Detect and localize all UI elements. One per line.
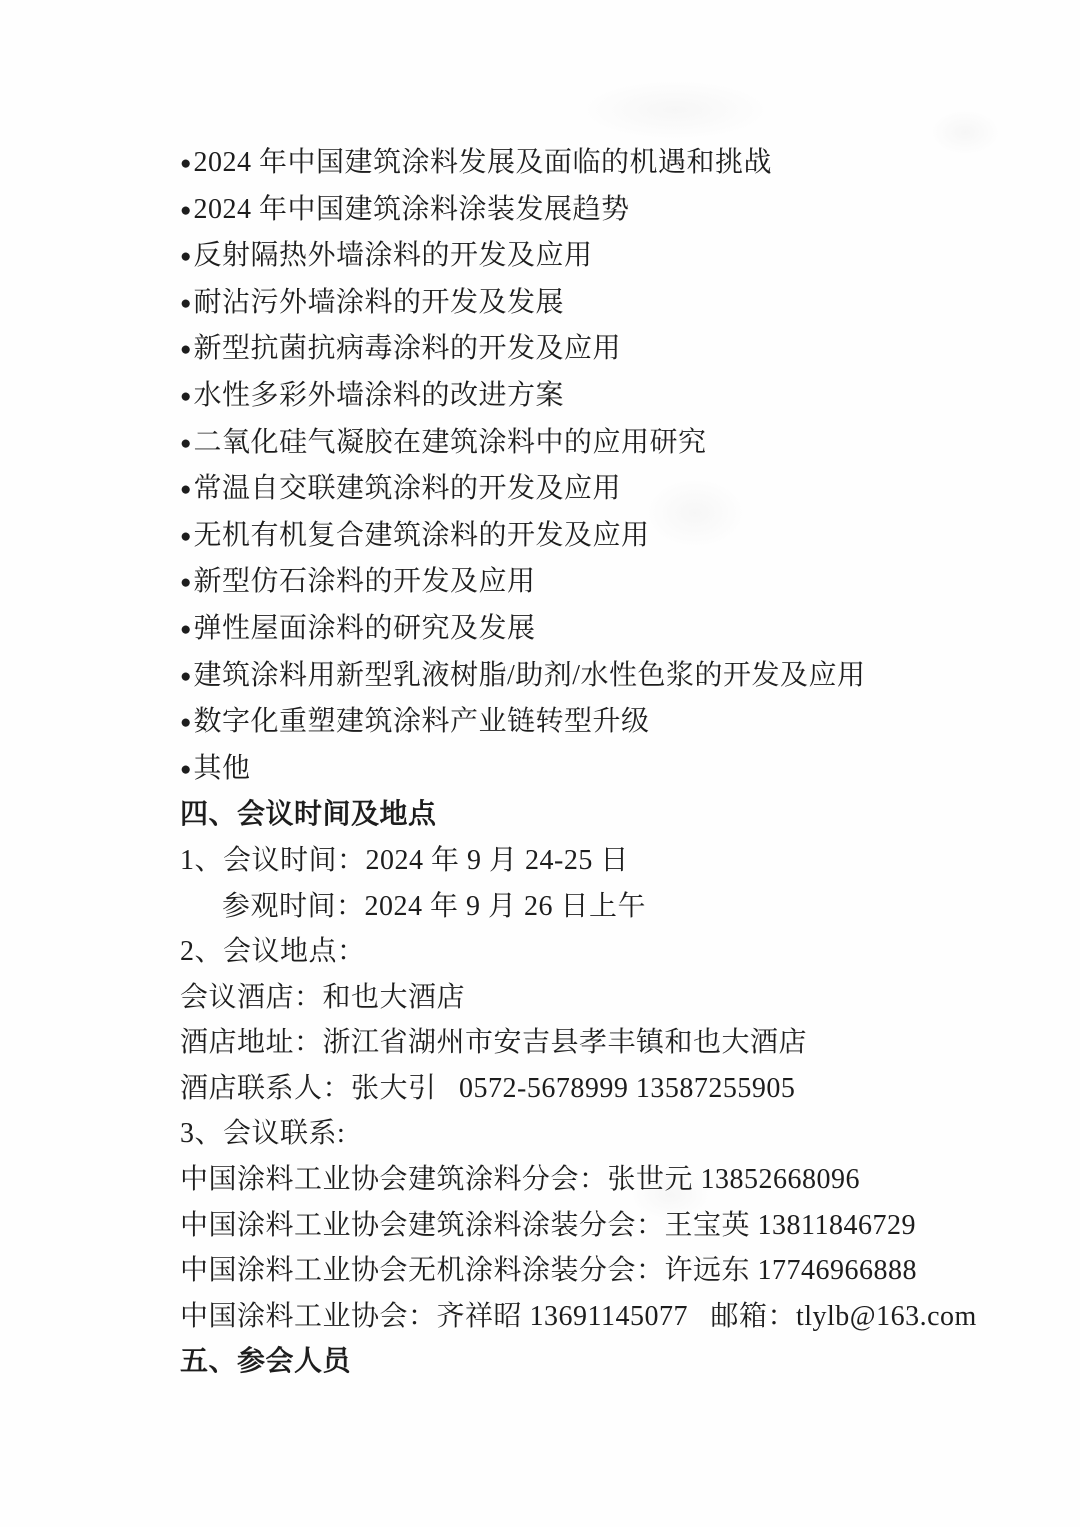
topic-text: 耐沾污外墙涂料的开发及发展 (193, 287, 564, 318)
document-page: ●2024 年中国建筑涂料发展及面临的机遇和挑战 ●2024 年中国建筑涂料涂装… (0, 0, 1080, 1527)
section-heading-attendees: 五、参会人员 (180, 1339, 1030, 1385)
bullet-icon: ● (180, 607, 191, 653)
topic-item: ●耐沾污外墙涂料的开发及发展 (180, 280, 1030, 327)
bullet-icon: ● (180, 327, 191, 373)
hotel-contact-line: 酒店联系人：张大引 0572-5678999 13587255905 (180, 1066, 1030, 1112)
topic-item: ●无机有机复合建筑涂料的开发及应用 (180, 513, 1030, 560)
bullet-icon: ● (180, 141, 191, 187)
topic-text: 其他 (193, 753, 250, 784)
topic-text: 新型仿石涂料的开发及应用 (193, 566, 535, 597)
bullet-icon: ● (180, 747, 191, 793)
bullet-icon: ● (180, 421, 191, 467)
topic-item: ●2024 年中国建筑涂料涂装发展趋势 (180, 187, 1030, 234)
topic-item: ●新型仿石涂料的开发及应用 (180, 559, 1030, 606)
scan-artifact (580, 80, 770, 140)
topic-item: ●反射隔热外墙涂料的开发及应用 (180, 233, 1030, 280)
topic-text: 常温自交联建筑涂料的开发及应用 (193, 473, 621, 504)
topic-text: 数字化重塑建筑涂料产业链转型升级 (193, 706, 649, 737)
topic-text: 2024 年中国建筑涂料发展及面临的机遇和挑战 (193, 147, 772, 178)
topic-item: ●其他 (180, 746, 1030, 793)
topic-item: ●2024 年中国建筑涂料发展及面临的机遇和挑战 (180, 140, 1030, 187)
contact-label-line: 3、会议联系: (180, 1111, 1030, 1157)
topic-text: 2024 年中国建筑涂料涂装发展趋势 (193, 194, 629, 225)
hotel-address-line: 酒店地址：浙江省湖州市安吉县孝丰镇和也大酒店 (180, 1020, 1030, 1066)
bullet-icon: ● (180, 234, 191, 280)
contact-line: 中国涂料工业协会建筑涂料分会：张世元 13852668096 (180, 1157, 1030, 1203)
contact-line: 中国涂料工业协会建筑涂料涂装分会：王宝英 13811846729 (180, 1203, 1030, 1249)
section-heading-time-location: 四、会议时间及地点 (180, 792, 1030, 838)
bullet-icon: ● (180, 281, 191, 327)
topic-text: 新型抗菌抗病毒涂料的开发及应用 (193, 333, 621, 364)
topic-item: ●数字化重塑建筑涂料产业链转型升级 (180, 699, 1030, 746)
contact-line: 中国涂料工业协会无机涂料涂装分会：许远东 17746966888 (180, 1248, 1030, 1294)
bullet-icon: ● (180, 467, 191, 513)
bullet-icon: ● (180, 188, 191, 234)
topic-item: ●二氧化硅气凝胶在建筑涂料中的应用研究 (180, 420, 1030, 467)
contact-line: 中国涂料工业协会：齐祥昭 13691145077 邮箱：tlylb@163.co… (180, 1294, 1030, 1340)
topic-item: ●弹性屋面涂料的研究及发展 (180, 606, 1030, 653)
bullet-icon: ● (180, 374, 191, 420)
topic-text: 弹性屋面涂料的研究及发展 (193, 613, 535, 644)
location-label-line: 2、会议地点： (180, 929, 1030, 975)
topic-text: 二氧化硅气凝胶在建筑涂料中的应用研究 (193, 427, 706, 458)
topic-item: ●水性多彩外墙涂料的改进方案 (180, 373, 1030, 420)
document-content: ●2024 年中国建筑涂料发展及面临的机遇和挑战 ●2024 年中国建筑涂料涂装… (180, 140, 1030, 1385)
topic-item: ●新型抗菌抗病毒涂料的开发及应用 (180, 326, 1030, 373)
topic-text: 建筑涂料用新型乳液树脂/助剂/水性色浆的开发及应用 (193, 660, 865, 691)
bullet-icon: ● (180, 560, 191, 606)
meeting-time-line: 1、会议时间：2024 年 9 月 24-25 日 (180, 838, 1030, 884)
visit-time-line: 参观时间：2024 年 9 月 26 日上午 (180, 884, 1030, 930)
topic-text: 反射隔热外墙涂料的开发及应用 (193, 240, 592, 271)
bullet-icon: ● (180, 654, 191, 700)
hotel-line: 会议酒店：和也大酒店 (180, 975, 1030, 1021)
topic-text: 水性多彩外墙涂料的改进方案 (193, 380, 564, 411)
topic-text: 无机有机复合建筑涂料的开发及应用 (193, 520, 649, 551)
bullet-icon: ● (180, 514, 191, 560)
bullet-icon: ● (180, 700, 191, 746)
topic-item: ●常温自交联建筑涂料的开发及应用 (180, 466, 1030, 513)
topic-item: ●建筑涂料用新型乳液树脂/助剂/水性色浆的开发及应用 (180, 653, 1030, 700)
